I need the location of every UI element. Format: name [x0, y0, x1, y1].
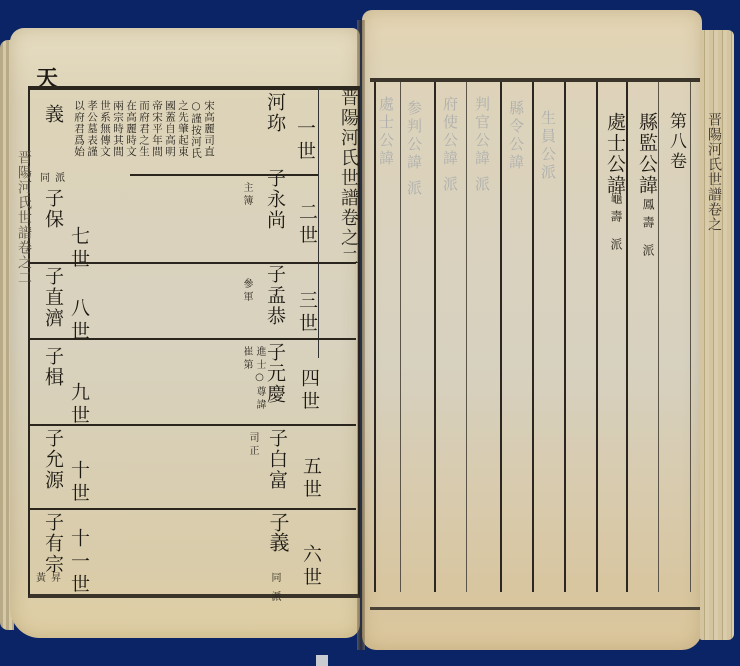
gen2-label: 二世: [294, 202, 321, 248]
gen4-label: 四世: [296, 368, 323, 414]
gen8-label: 八世: [66, 298, 93, 344]
column-rule: [564, 82, 566, 592]
row-divider: [130, 174, 318, 176]
column-rule: [466, 82, 467, 592]
gen4-name: 子元慶: [262, 342, 289, 405]
gen1-biography: 宋高麗司直 ○謹按河氏 之先肇起東 國蓋自高明 帝宋平年間 而府君之生 在高麗時…: [102, 100, 214, 172]
gen5-note: 司正: [246, 432, 259, 458]
column-rule: [596, 82, 598, 592]
entry-county-magistrate-note: 鳳壽 派: [640, 198, 657, 262]
continued-name: 義: [40, 104, 67, 125]
entry-scholar-note: 龜壽 派: [608, 192, 625, 256]
bleed-through-text: 参判公諱 派: [404, 100, 425, 198]
entry-scholar: 處士公諱: [602, 112, 629, 196]
gen6-name: 子義: [264, 512, 293, 552]
gen11-label: 十一世: [66, 528, 93, 597]
gen3-label: 三世: [294, 290, 321, 336]
gen2-name: 子永尚: [262, 168, 289, 231]
gen10-name: 子允源: [40, 428, 67, 491]
gen11-name: 子有宗: [40, 512, 67, 575]
gen3-note: 參軍: [240, 278, 253, 304]
column-rule: [400, 82, 401, 592]
gen7-name: 子保: [40, 188, 67, 230]
gen3-name: 子孟恭: [262, 264, 289, 327]
gen6-note: 同 派: [268, 572, 281, 604]
gen7-label: 七世: [66, 226, 93, 272]
bleed-through-text: 縣令公諱: [506, 100, 527, 172]
gen7-note: 同 派: [40, 172, 66, 185]
gen2-note: 主簿: [240, 182, 253, 208]
gen1-label: 一世: [292, 118, 319, 164]
open-genealogy-book: 天 晋陽河氏世譜卷之二 河珎 一世 宋高麗司直 ○謹按河氏 之先肇起東 國蓋自高…: [0, 0, 740, 666]
bleed-through-text: 生員公派: [538, 110, 559, 182]
gen4-note: 進士○尊諱 崔第: [240, 346, 266, 424]
gen5-name: 子白富: [264, 428, 291, 491]
right-edge-spine-text: 晋陽河氏世譜卷之: [704, 112, 724, 232]
column-rule: [532, 82, 534, 592]
gen9-label: 九世: [66, 382, 93, 428]
column-rule: [434, 82, 436, 592]
gen5-label: 五世: [298, 456, 325, 502]
column-rule: [500, 82, 502, 592]
gen8-name: 子直濟: [40, 266, 67, 329]
gen1-name: 河珎: [262, 92, 289, 134]
bleed-through-text: 處士公諱: [376, 96, 397, 168]
volume-label: 第八卷: [664, 112, 689, 172]
gen10-label: 十世: [66, 460, 93, 506]
gen9-name: 子楫: [40, 346, 67, 388]
book-title-column: 晋陽河氏世譜卷之二: [318, 88, 358, 358]
gen11-note: 黃 昇: [36, 572, 62, 585]
left-edge-spine-text: 晋陽河氏世譜卷之二: [14, 150, 34, 285]
bookmark-tab: [316, 655, 328, 666]
bleed-through-text: 府使公諱 派: [440, 96, 461, 194]
row-divider: [30, 508, 356, 510]
entry-county-magistrate: 縣監公諱: [634, 112, 661, 196]
column-rule: [690, 82, 691, 592]
gen6-label: 六世: [298, 544, 325, 590]
bleed-through-text: 判官公諱 派: [472, 96, 493, 194]
